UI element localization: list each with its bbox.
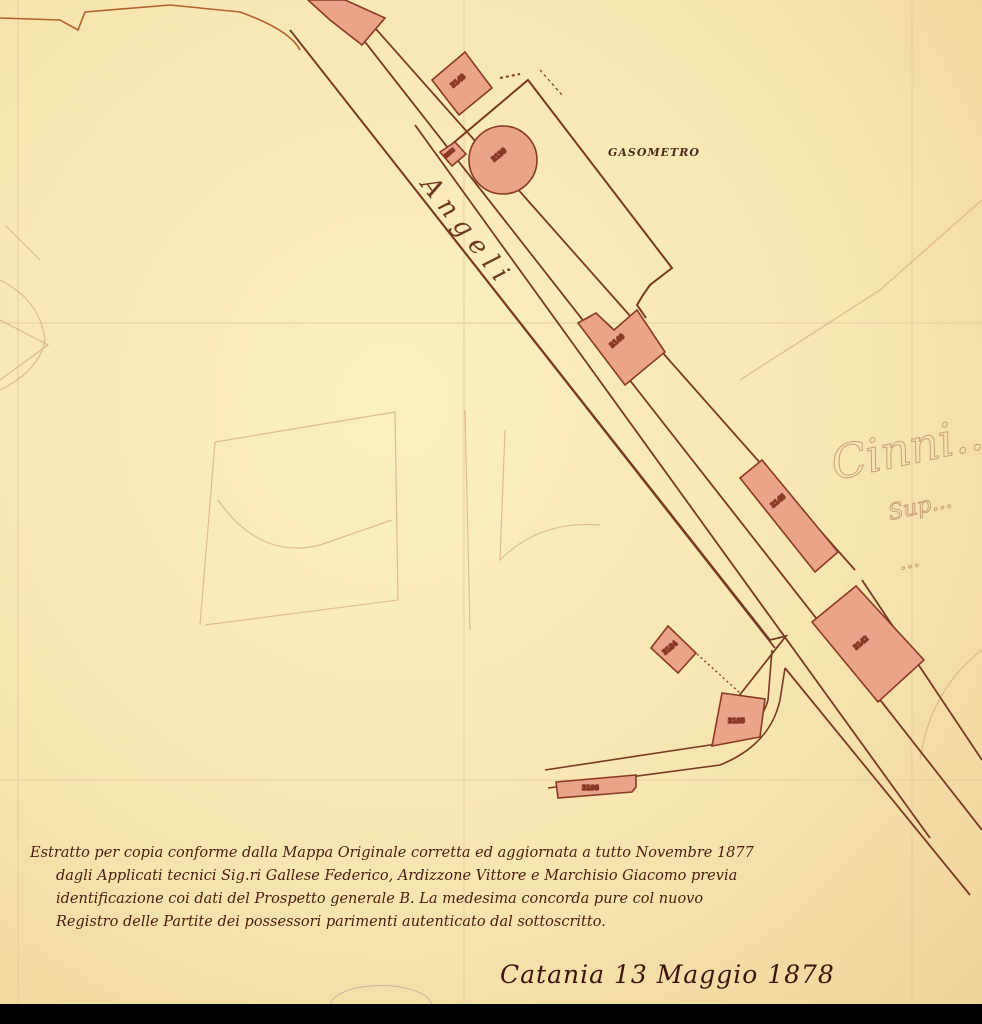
svg-text:...: ... <box>896 547 922 576</box>
building-top-left <box>308 0 385 45</box>
certification-line: identificazione coi dati del Prospetto g… <box>30 888 910 911</box>
building-3138: 3138 <box>440 142 466 166</box>
building-3142: 3142 <box>812 586 924 702</box>
buildings: 3143 3138 3139 3140 3145 3142 <box>308 0 924 798</box>
certification-text: Estratto per copia conforme dalla Mappa … <box>30 842 910 934</box>
building-3140: 3140 <box>578 310 665 385</box>
stair-connector <box>697 654 740 693</box>
gasometer-label: GASOMETRO <box>608 146 700 159</box>
building-3145: 3145 <box>740 460 838 572</box>
building-3185: 3185 <box>712 693 765 746</box>
gasometer-tank-3139: 3139 <box>469 126 537 194</box>
svg-text:3186: 3186 <box>582 784 599 792</box>
cadastral-map-sheet: Cinni... Sup... ... <box>0 0 982 1004</box>
gasometer-compound <box>445 70 672 318</box>
building-3186: 3186 <box>556 775 636 798</box>
svg-text:3185: 3185 <box>728 717 745 725</box>
svg-text:Cinni...: Cinni... <box>826 403 982 491</box>
building-3143: 3143 <box>432 52 492 115</box>
top-boundary-line <box>0 5 300 50</box>
building-3184: 3184 <box>651 626 696 673</box>
place-date-signature: Catania 13 Maggio 1878 <box>500 960 835 989</box>
pencil-annotation: Cinni... Sup... ... <box>826 403 982 576</box>
certification-line: dagli Applicati tecnici Sig.ri Gallese F… <box>30 865 910 888</box>
svg-text:Sup...: Sup... <box>886 488 954 526</box>
certification-line: Registro delle Partite dei possessori pa… <box>30 911 910 934</box>
bottom-black-border <box>0 1004 982 1024</box>
certification-line: Estratto per copia conforme dalla Mappa … <box>30 842 910 865</box>
